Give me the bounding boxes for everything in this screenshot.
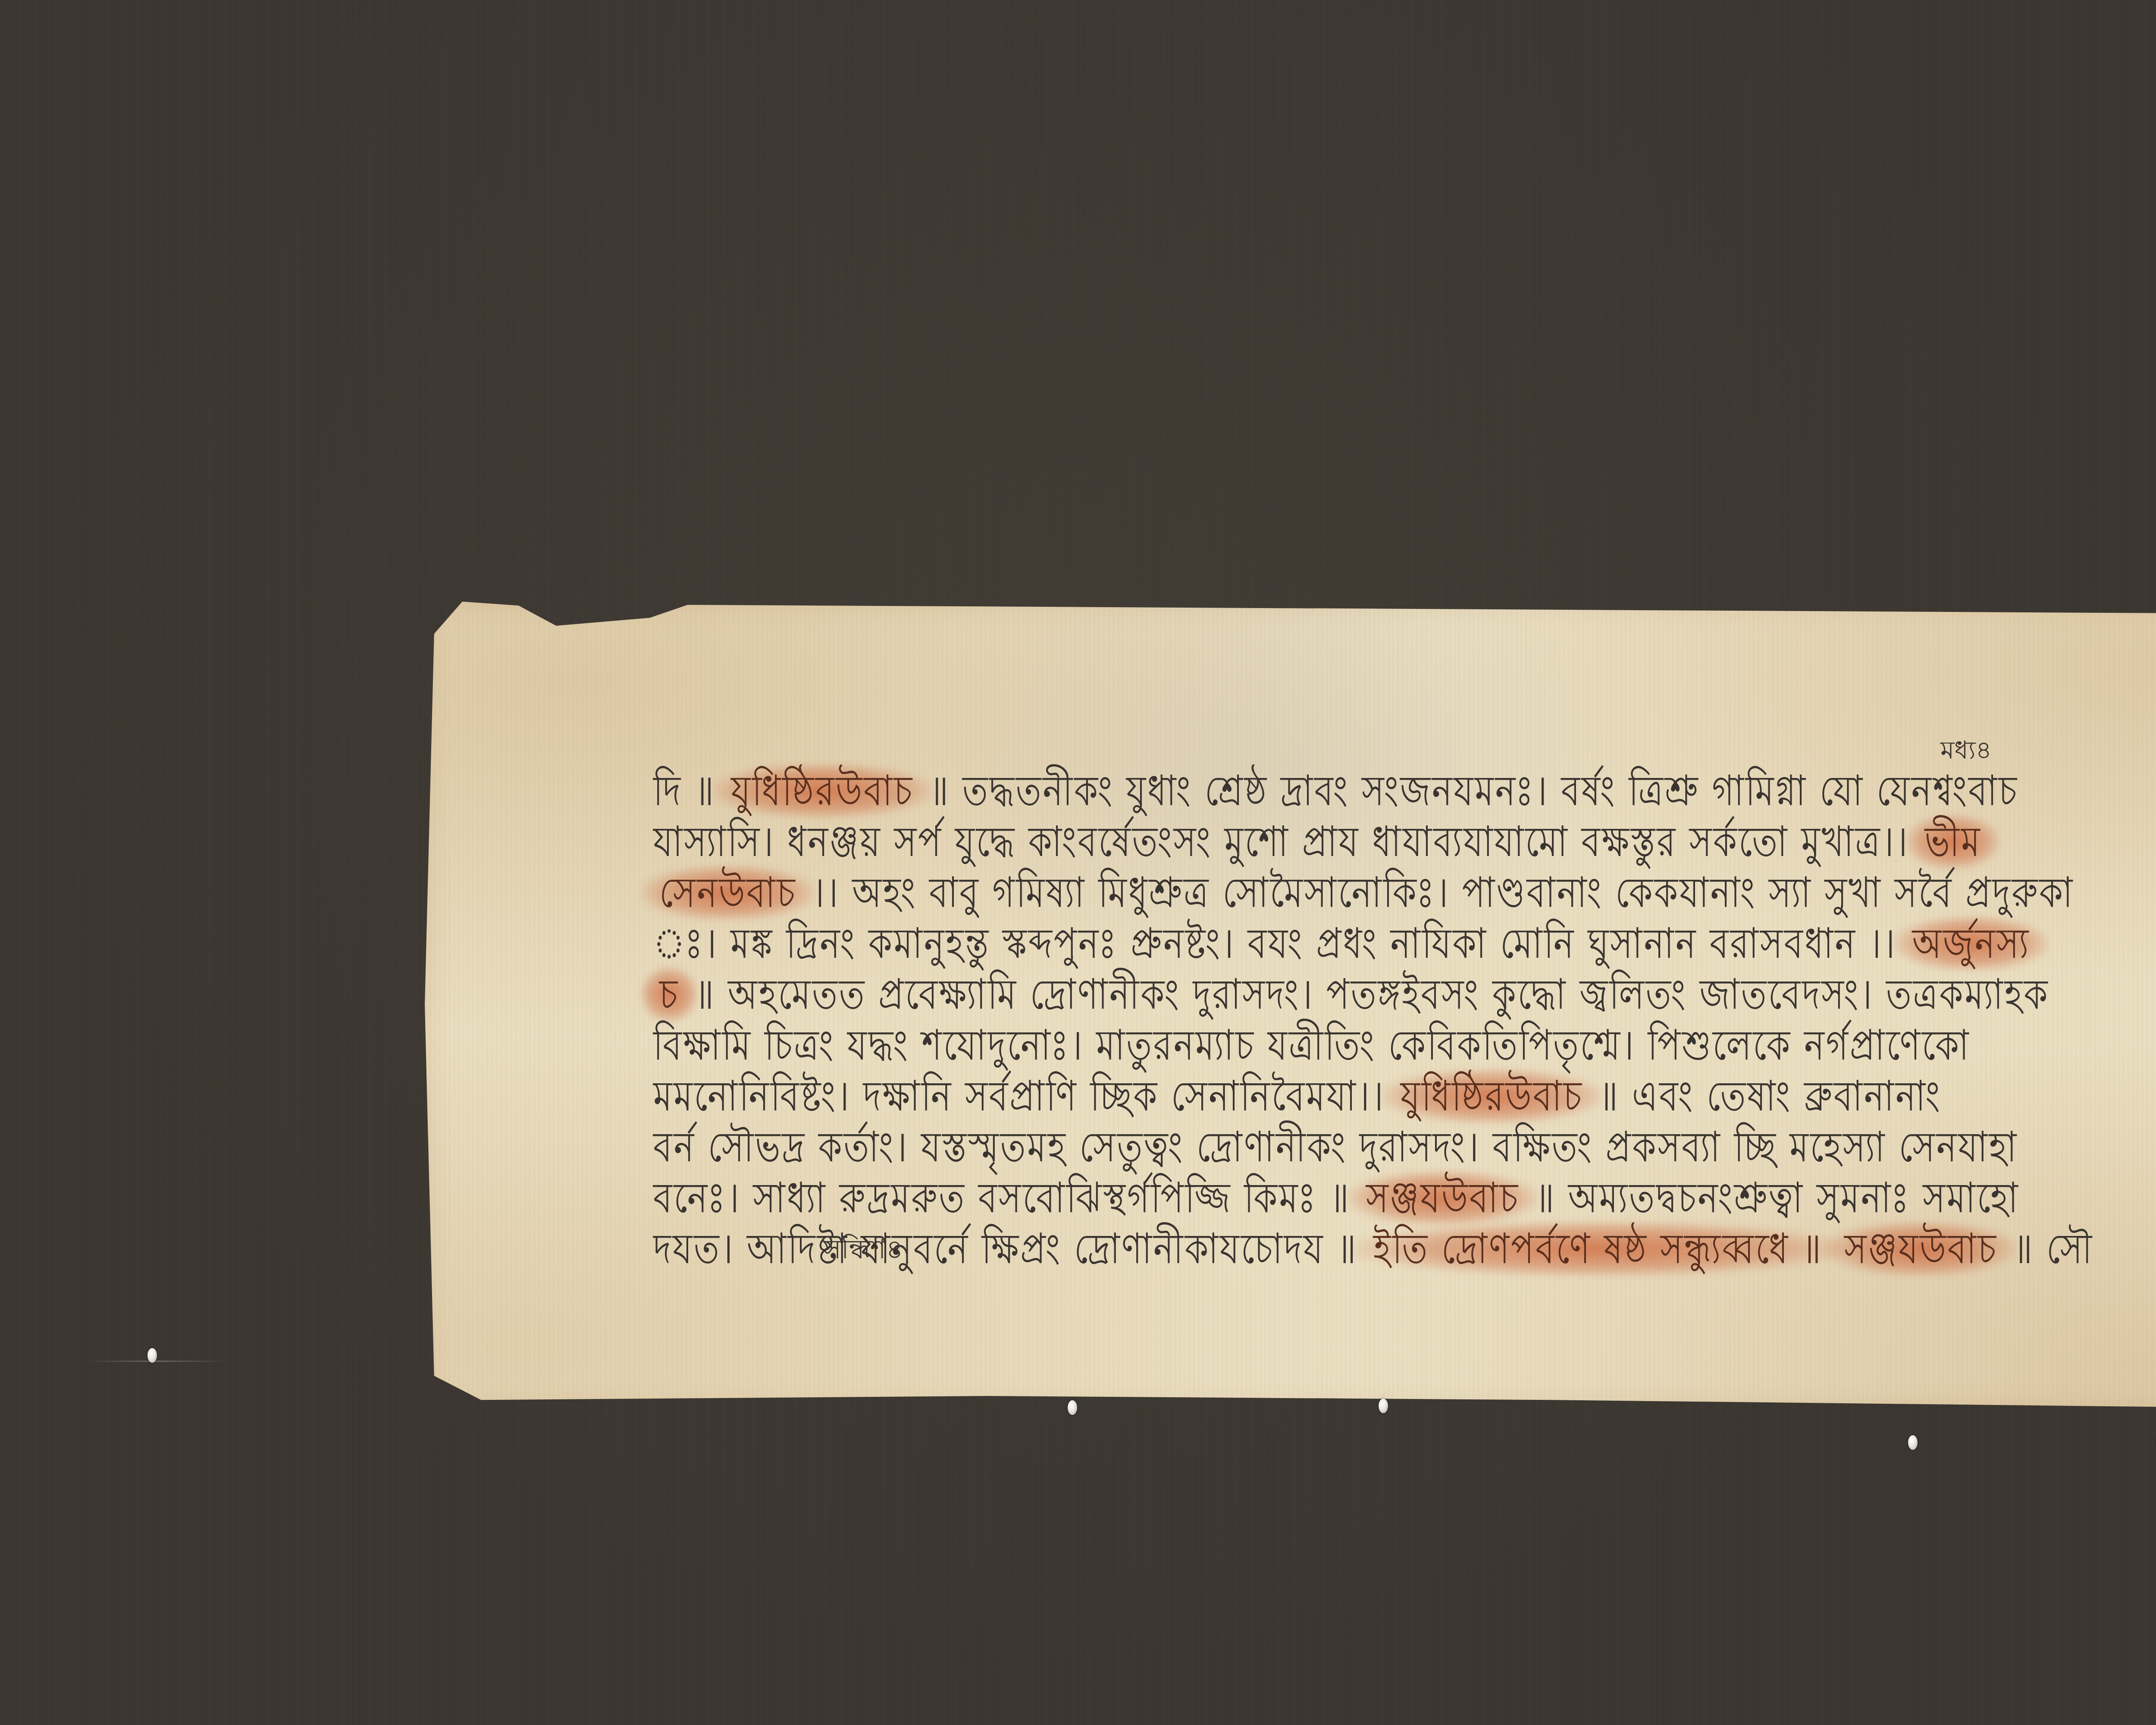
pearl-pin <box>1068 1400 1077 1415</box>
mounting-board: মধ্য৪ দি ॥যুধিষ্ঠিরউবাচ॥ তদ্ধতনীকং যুধাং… <box>0 0 2156 1725</box>
line-text: ॥ সৌ <box>2013 1217 2093 1281</box>
manuscript-folio: মধ্য৪ দি ॥যুধিষ্ঠিরউবাচ॥ তদ্ধতনীকং যুধাং… <box>425 602 2156 1408</box>
bottom-margin-note: সন্ধিশ৪ <box>824 1229 903 1273</box>
rubric-highlight: ইতি দ্রোণপর্বণে ষষ্ঠ সন্ধ্যুব্বধে ॥ <box>1367 1217 1829 1281</box>
board-scratch <box>86 1361 229 1362</box>
pearl-pin <box>147 1348 157 1363</box>
line-text: দযত। আদিষ্টা যানুবর্নে ক্ষিপ্রং দ্রোণানী… <box>653 1217 1358 1281</box>
rubric-highlight: সঞ্জযউবাচ <box>1838 1217 2004 1281</box>
manuscript-text: দি ॥যুধিষ্ঠিরউবাচ॥ তদ্ধতনীকং যুধাং শ্রেষ… <box>653 765 2156 1274</box>
pearl-pin <box>1908 1435 1918 1450</box>
pearl-pin <box>1379 1399 1388 1413</box>
